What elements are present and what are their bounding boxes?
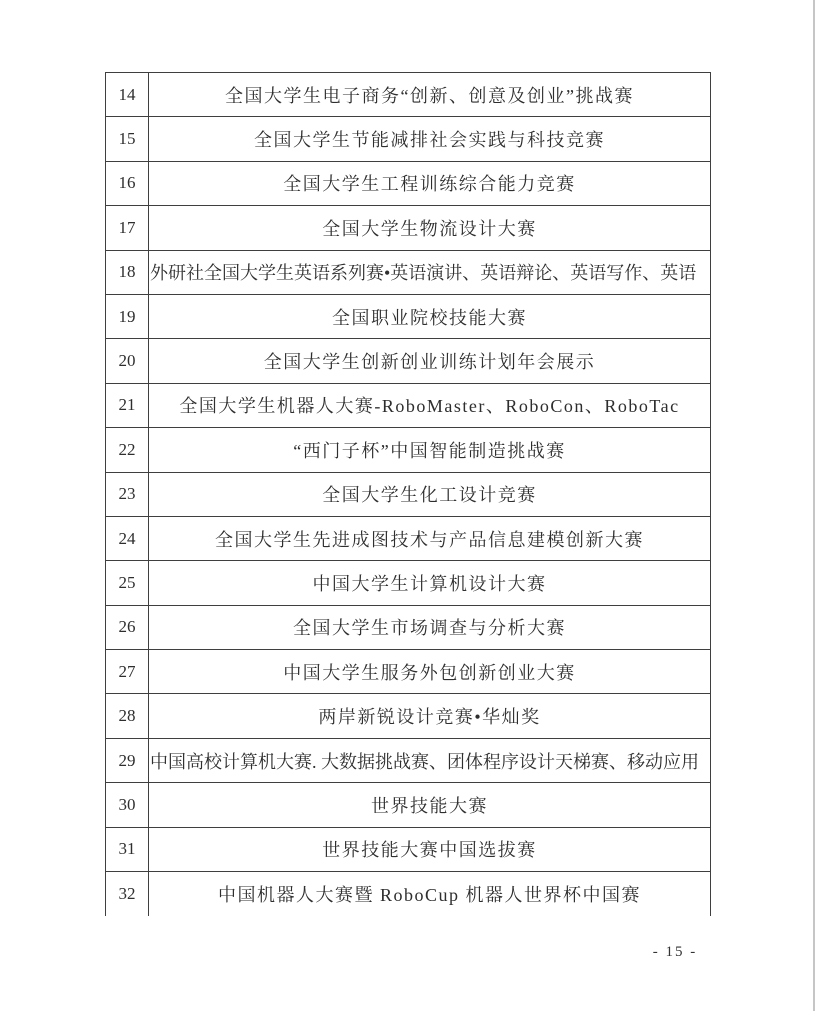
table-row: 15 全国大学生节能减排社会实践与科技竞赛	[106, 117, 710, 161]
competition-name-cell: 全国大学生化工设计竞赛	[149, 473, 710, 516]
row-number-cell: 24	[106, 517, 149, 560]
row-number-cell: 29	[106, 739, 149, 782]
row-number-cell: 32	[106, 872, 149, 916]
table-row: 24 全国大学生先进成图技术与产品信息建模创新大赛	[106, 517, 710, 561]
competition-name-cell: 全国大学生创新创业训练计划年会展示	[149, 339, 710, 382]
competition-name-cell: 全国职业院校技能大赛	[149, 295, 710, 338]
competition-name-cell: 世界技能大赛中国选拔赛	[149, 828, 710, 871]
competition-name-cell: 全国大学生工程训练综合能力竞赛	[149, 162, 710, 205]
competition-name-cell: 全国大学生先进成图技术与产品信息建模创新大赛	[149, 517, 710, 560]
competition-name-cell: 外研社全国大学生英语系列赛•英语演讲、英语辩论、英语写作、英语	[149, 251, 710, 294]
table-row: 21 全国大学生机器人大赛-RoboMaster、RoboCon、RoboTac	[106, 384, 710, 428]
row-number-cell: 15	[106, 117, 149, 160]
table-row: 18 外研社全国大学生英语系列赛•英语演讲、英语辩论、英语写作、英语	[106, 251, 710, 295]
competition-name-cell: 中国大学生计算机设计大赛	[149, 561, 710, 604]
competition-name-cell: 全国大学生电子商务“创新、创意及创业”挑战赛	[149, 73, 710, 116]
row-number-cell: 22	[106, 428, 149, 471]
row-number-cell: 20	[106, 339, 149, 382]
competition-name-cell: 世界技能大赛	[149, 783, 710, 826]
competition-name-cell: 中国大学生服务外包创新创业大赛	[149, 650, 710, 693]
table-row: 16 全国大学生工程训练综合能力竞赛	[106, 162, 710, 206]
table-row: 32 中国机器人大赛暨 RoboCup 机器人世界杯中国赛	[106, 872, 710, 916]
row-number-cell: 31	[106, 828, 149, 871]
table-row: 27 中国大学生服务外包创新创业大赛	[106, 650, 710, 694]
competition-name-cell: 两岸新锐设计竞赛•华灿奖	[149, 694, 710, 737]
row-number-cell: 30	[106, 783, 149, 826]
competition-name-cell: 全国大学生节能减排社会实践与科技竞赛	[149, 117, 710, 160]
table-row: 28 两岸新锐设计竞赛•华灿奖	[106, 694, 710, 738]
row-number-cell: 27	[106, 650, 149, 693]
competition-name-cell: 中国高校计算机大赛. 大数据挑战赛、团体程序设计天梯赛、移动应用	[149, 739, 710, 782]
row-number-cell: 26	[106, 606, 149, 649]
row-number-cell: 21	[106, 384, 149, 427]
table-row: 19 全国职业院校技能大赛	[106, 295, 710, 339]
table-row: 25 中国大学生计算机设计大赛	[106, 561, 710, 605]
row-number-cell: 25	[106, 561, 149, 604]
competition-table: 14 全国大学生电子商务“创新、创意及创业”挑战赛 15 全国大学生节能减排社会…	[105, 72, 711, 916]
table-row: 22 “西门子杯”中国智能制造挑战赛	[106, 428, 710, 472]
table-row: 29 中国高校计算机大赛. 大数据挑战赛、团体程序设计天梯赛、移动应用	[106, 739, 710, 783]
competition-name-cell: “西门子杯”中国智能制造挑战赛	[149, 428, 710, 471]
table-row: 26 全国大学生市场调查与分析大赛	[106, 606, 710, 650]
table-row: 30 世界技能大赛	[106, 783, 710, 827]
competition-name-cell: 全国大学生物流设计大赛	[149, 206, 710, 249]
row-number-cell: 28	[106, 694, 149, 737]
table-row: 17 全国大学生物流设计大赛	[106, 206, 710, 250]
row-number-cell: 23	[106, 473, 149, 516]
competition-name-cell: 中国机器人大赛暨 RoboCup 机器人世界杯中国赛	[149, 872, 710, 916]
page-number: - 15 -	[640, 944, 710, 961]
row-number-cell: 18	[106, 251, 149, 294]
table-row: 23 全国大学生化工设计竞赛	[106, 473, 710, 517]
table-row: 20 全国大学生创新创业训练计划年会展示	[106, 339, 710, 383]
scan-edge-shadow	[813, 0, 815, 1011]
row-number-cell: 16	[106, 162, 149, 205]
table-row: 31 世界技能大赛中国选拔赛	[106, 828, 710, 872]
table-row: 14 全国大学生电子商务“创新、创意及创业”挑战赛	[106, 73, 710, 117]
competition-name-cell: 全国大学生市场调查与分析大赛	[149, 606, 710, 649]
competition-name-cell: 全国大学生机器人大赛-RoboMaster、RoboCon、RoboTac	[149, 384, 710, 427]
row-number-cell: 14	[106, 73, 149, 116]
row-number-cell: 17	[106, 206, 149, 249]
row-number-cell: 19	[106, 295, 149, 338]
